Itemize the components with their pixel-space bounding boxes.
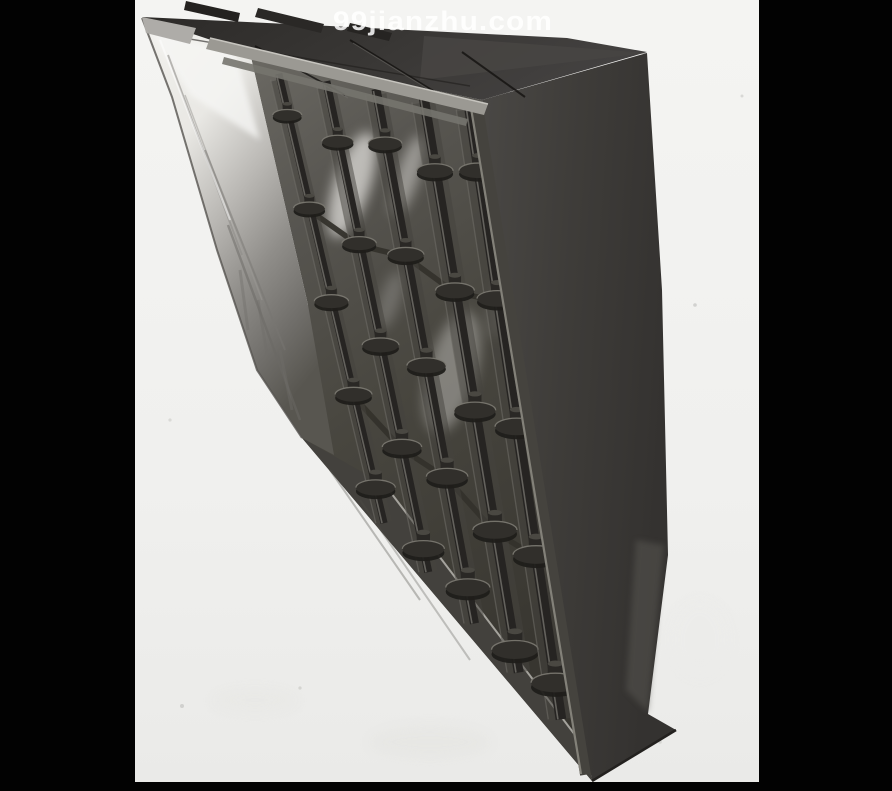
collar-hub-top	[304, 194, 314, 198]
collar-hub-top	[548, 661, 563, 667]
collar-hub-top	[449, 273, 461, 278]
collar-hub-top	[461, 567, 475, 573]
collar-hub-top	[429, 154, 440, 159]
collar-hub-top	[441, 458, 454, 463]
photo-canvas: 99jianzhu.com	[0, 0, 892, 791]
collar-hub-top	[488, 510, 502, 516]
collar-hub-top	[420, 348, 432, 353]
collar-hub-top	[326, 286, 337, 290]
left-black-bar	[0, 0, 135, 791]
collar-hub-top	[354, 228, 365, 232]
collar-hub-top	[380, 128, 391, 132]
collar-hub-top	[417, 530, 430, 535]
collar-hub-top	[468, 391, 481, 396]
collar-hub-top	[396, 429, 408, 434]
watermark-text: 99jianzhu.com	[333, 6, 553, 36]
collar-hub-top	[375, 328, 387, 333]
collar-hub-top	[283, 102, 292, 106]
scanned-photo-page: 99jianzhu.com	[0, 0, 892, 791]
collar-hub-top	[333, 127, 343, 131]
collar-hub-top	[400, 238, 411, 243]
bottom-black-bar	[0, 782, 892, 791]
collar-hub-top	[508, 628, 523, 634]
collar-hub-top	[369, 470, 381, 475]
collar-hub-top	[348, 378, 360, 383]
right-black-bar	[759, 0, 892, 791]
